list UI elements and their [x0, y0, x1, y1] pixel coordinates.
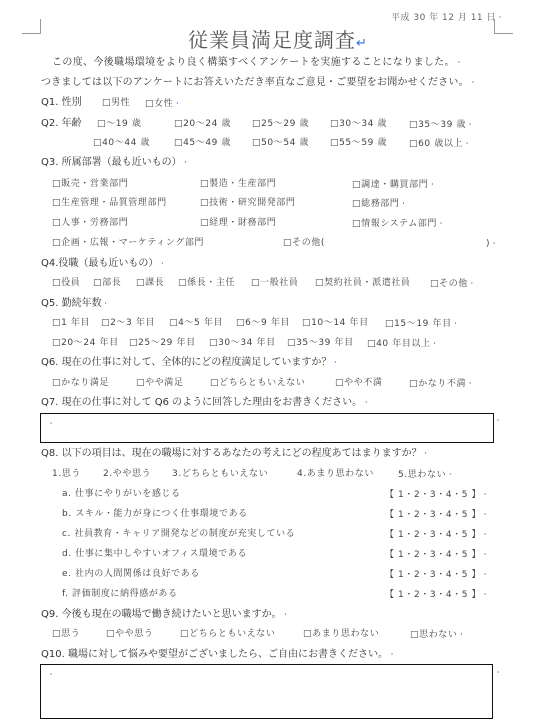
q5-option[interactable]: □25～29 年目 [129, 337, 196, 350]
q3-label: Q3. 所属部署（最も近いもの）˒ [41, 156, 187, 170]
q3-option[interactable]: □人事・労務部門 [52, 217, 128, 230]
q8-rating-c[interactable]: 【 1・2・3・4・5 】˒ [385, 528, 487, 542]
paragraph-mark-icon: ˒ [403, 199, 406, 208]
q6-option[interactable]: □どちらともいえない [210, 377, 306, 390]
paragraph-mark-icon: ˒ [434, 339, 437, 348]
q1-label: Q1. 性別 [41, 96, 82, 110]
q4-label: Q4.役職（最も近いもの）˒ [41, 257, 164, 271]
q4-option[interactable]: □係長・主任 [178, 277, 235, 290]
paragraph-mark-icon: ˒ [455, 319, 458, 328]
q6-option[interactable]: □やや満足 [136, 377, 184, 390]
q5-label: Q5. 勤続年数˒ [41, 297, 107, 311]
end-of-row-mark-icon: ˒ [497, 668, 499, 677]
q2-option[interactable]: □35～39 歳˒ [409, 118, 472, 132]
q8-scale-item: 1.思う [52, 468, 81, 481]
q2-option[interactable]: □60 歳以上˒ [409, 137, 469, 151]
paragraph-mark-icon: ˒ [185, 158, 187, 167]
q5-option[interactable]: □40 年目以上˒ [367, 337, 437, 351]
q3-option-other[interactable]: □その他( [283, 237, 325, 250]
paragraph-mark-icon: ˒ [285, 610, 287, 619]
q8-scale-item: 2.やや思う [103, 468, 151, 481]
paragraph-mark-icon: ˒ [484, 550, 487, 559]
q5-option[interactable]: □6～9 年目 [236, 317, 290, 330]
q3-option[interactable]: □企画・広報・マーケティング部門 [52, 237, 204, 250]
paragraph-mark-icon: ˒ [484, 510, 487, 519]
q9-option-text: □思わない [410, 630, 458, 640]
q9-option[interactable]: □あまり思わない [303, 628, 379, 641]
q9-label-text: Q9. 今後も現在の職場で働き続けたいと思いますか。 [41, 609, 282, 620]
q4-label-text: Q4.役職（最も近いもの） [41, 258, 158, 269]
paragraph-mark-icon: ˒ [161, 259, 163, 268]
q7-label: Q7. 現在の仕事に対して Q6 のように回答した理由をお書きください。˒ [41, 396, 368, 410]
q2-option-text: □60 歳以上 [409, 139, 463, 149]
q1-option-male[interactable]: □男性 [102, 97, 130, 110]
q3-option[interactable]: □生産管理・品質管理部門 [52, 197, 167, 210]
q8-rating-a[interactable]: 【 1・2・3・4・5 】˒ [385, 488, 487, 502]
q9-option[interactable]: □思う [52, 628, 80, 641]
rating-text: 【 1・2・3・4・5 】 [385, 530, 481, 540]
q4-option[interactable]: □部長 [93, 277, 121, 290]
q2-option[interactable]: □55～59 歳 [330, 137, 387, 150]
paragraph-mark-icon: ˒ [440, 219, 443, 228]
paragraph-mark-icon: ˒ [391, 650, 393, 659]
q3-option[interactable]: □販売・営業部門 [52, 178, 128, 191]
q5-option[interactable]: □10～14 年目 [302, 317, 369, 330]
intro-text-1: この度、今後職場環境をより良く構築すべくアンケートを実施することになりました。 [52, 57, 455, 68]
q8-item-b: b. スキル・能力が身につく仕事環境である [62, 508, 248, 521]
paragraph-mark-icon: ˒ [431, 180, 434, 189]
q3-option-text: □総務部門 [352, 199, 400, 209]
paragraph-mark-icon: ˒ [334, 358, 336, 367]
q8-scale-item: 5.思わない˒ [398, 468, 452, 482]
paragraph-mark-icon: ˒ [484, 490, 487, 499]
paragraph-mark-icon: ˒ [458, 58, 461, 67]
q9-option[interactable]: □どちらともいえない [180, 628, 276, 641]
paragraph-mark-icon: ˒ [469, 379, 472, 388]
rating-text: 【 1・2・3・4・5 】 [385, 510, 481, 520]
rating-text: 【 1・2・3・4・5 】 [385, 570, 481, 580]
paragraph-mark-icon: ˒ [105, 299, 107, 308]
q8-label-text: Q8. 以下の項目は、現在の職場に対するあなたの考えにどの程度あてはまりますか？ [41, 448, 422, 459]
return-arrow-icon: ↵ [356, 36, 368, 51]
q6-label: Q6. 現在の仕事に対して、全体的にどの程度満足していますか？˒ [41, 356, 337, 370]
q3-option-text: □調達・購買部門 [352, 180, 428, 190]
q5-option[interactable]: □35～39 年目 [287, 337, 354, 350]
q8-rating-d[interactable]: 【 1・2・3・4・5 】˒ [385, 548, 487, 562]
q2-option[interactable]: □45～49 歳 [174, 137, 231, 150]
intro-line-2: つきましては以下のアンケートにお答えいただき率直なご意見・ご要望をお聞かせくださ… [41, 76, 474, 90]
paragraph-mark-icon: ˒ [472, 78, 475, 87]
q5-option[interactable]: □4～5 年目 [169, 317, 223, 330]
q4-option[interactable]: □役員 [52, 277, 80, 290]
q8-scale-text: 5.思わない [398, 470, 446, 480]
paragraph-mark-icon: ˒ [461, 630, 464, 639]
paragraph-mark-icon: ˒ [484, 530, 487, 539]
q5-option[interactable]: □2～3 年目 [101, 317, 155, 330]
paragraph-mark-icon: ˒ [469, 120, 472, 129]
q2-option-text: □35～39 歳 [409, 120, 466, 130]
q3-option[interactable]: □総務部門˒ [352, 197, 406, 211]
q8-rating-e[interactable]: 【 1・2・3・4・5 】˒ [385, 568, 487, 582]
q6-option[interactable]: □かなり不満˒ [409, 377, 472, 391]
q8-label: Q8. 以下の項目は、現在の職場に対するあなたの考えにどの程度あてはまりますか？… [41, 447, 427, 461]
q2-option[interactable]: □30～34 歳 [330, 118, 387, 131]
q1-option-female[interactable]: □女性˒ [145, 97, 179, 111]
q2-option[interactable]: □20～24 歳 [174, 118, 231, 131]
end-of-row-mark-icon: ˒ [497, 416, 499, 425]
q8-item-c: c. 社員教育・キャリア開発などの制度が充実している [62, 528, 295, 541]
close-paren: ) [486, 239, 490, 249]
date-text: 平成 30 年 12 月 11 日 [391, 13, 496, 23]
q9-option[interactable]: □やや思う [106, 628, 154, 641]
q5-option[interactable]: □15～19 年目˒ [385, 317, 458, 331]
rating-text: 【 1・2・3・4・5 】 [385, 550, 481, 560]
q8-scale-item: 3.どちらともいえない [172, 468, 268, 481]
q2-option[interactable]: □50～54 歳 [252, 137, 309, 150]
q6-option[interactable]: □かなり満足 [52, 377, 109, 390]
cell-mark-icon: ˒ [50, 419, 52, 428]
q8-rating-f[interactable]: 【 1・2・3・4・5 】˒ [385, 588, 487, 602]
paragraph-mark-icon: ˒ [425, 449, 427, 458]
paragraph-mark-icon: ˒ [499, 13, 502, 22]
paragraph-mark-icon: ˒ [493, 239, 496, 248]
paragraph-mark-icon: ˒ [484, 570, 487, 579]
q5-option-text: □15～19 年目 [385, 319, 452, 329]
q4-option-text: □その他 [430, 279, 468, 289]
q4-option[interactable]: □契約社員・派遣社員 [315, 277, 411, 290]
q8-item-a: a. 仕事にやりがいを感じる [62, 488, 181, 501]
q4-option[interactable]: □一般社員 [251, 277, 299, 290]
q2-label: Q2. 年齢 [41, 117, 82, 131]
q10-answer-box[interactable]: ˒ [40, 664, 493, 719]
q2-option[interactable]: □25～29 歳 [252, 118, 309, 131]
paragraph-mark-icon: ˒ [471, 279, 474, 288]
title-text: 従業員満足度調査 [188, 28, 356, 52]
q9-option[interactable]: □思わない˒ [410, 628, 464, 642]
q1-option-female-text: □女性 [145, 99, 173, 109]
q3-option-text: □情報システム部門 [352, 219, 437, 229]
document-title: 従業員満足度調査↵ [188, 24, 368, 53]
q5-option[interactable]: □20～24 年目 [52, 337, 119, 350]
q8-item-e: e. 社内の人間関係は良好である [62, 568, 200, 581]
q6-label-text: Q6. 現在の仕事に対して、全体的にどの程度満足していますか？ [41, 357, 331, 368]
paragraph-mark-icon: ˒ [365, 398, 367, 407]
intro-text-2: つきましては以下のアンケートにお答えいただき率直なご意見・ご要望をお聞かせくださ… [41, 77, 469, 88]
q3-option[interactable]: □調達・購買部門˒ [352, 178, 434, 192]
paragraph-mark-icon: ˒ [466, 139, 469, 148]
q3-option[interactable]: □経理・財務部門 [200, 217, 276, 230]
q3-option[interactable]: □製造・生産部門 [200, 178, 276, 191]
q2-option[interactable]: □40～44 歳 [93, 137, 150, 150]
paragraph-mark-icon: ˒ [484, 590, 487, 599]
rating-text: 【 1・2・3・4・5 】 [385, 590, 481, 600]
q10-label: Q10. 職場に対して悩みや要望がございましたら、ご自由にお書きください。˒ [41, 648, 393, 662]
q6-option[interactable]: □やや不満 [335, 377, 383, 390]
q4-option[interactable]: □その他˒ [430, 277, 474, 291]
rating-text: 【 1・2・3・4・5 】 [385, 490, 481, 500]
q5-option-text: □40 年目以上 [367, 339, 431, 349]
q4-option[interactable]: □課長 [136, 277, 164, 290]
q2-option[interactable]: □～19 歳 [97, 118, 141, 131]
q5-label-text: Q5. 勤続年数 [41, 298, 102, 309]
q8-rating-b[interactable]: 【 1・2・3・4・5 】˒ [385, 508, 487, 522]
q10-label-text: Q10. 職場に対して悩みや要望がございましたら、ご自由にお書きください。 [41, 649, 388, 660]
cell-mark-icon: ˒ [50, 670, 52, 679]
q6-option-text: □かなり不満 [409, 379, 466, 389]
paragraph-mark-icon: ˒ [449, 470, 452, 479]
paragraph-mark-icon: ˒ [176, 99, 179, 108]
q3-other-close: )˒ [486, 237, 496, 251]
q8-item-d: d. 仕事に集中しやすいオフィス環境である [62, 548, 247, 561]
q8-item-f: f. 評価制度に納得感がある [62, 588, 178, 601]
q5-option[interactable]: □1 年目 [52, 317, 90, 330]
q3-option[interactable]: □技術・研究開発部門 [200, 197, 296, 210]
q3-label-text: Q3. 所属部署（最も近いもの） [41, 157, 182, 168]
q8-scale-item: 4.あまり思わない [297, 468, 374, 481]
q5-option[interactable]: □30～34 年目 [209, 337, 276, 350]
document-date: 平成 30 年 12 月 11 日˒ [391, 10, 502, 23]
crop-mark-top-left [22, 19, 41, 34]
intro-line-1: この度、今後職場環境をより良く構築すべくアンケートを実施することになりました。˒ [52, 56, 461, 70]
q7-answer-box[interactable]: ˒ [40, 413, 494, 443]
q9-label: Q9. 今後も現在の職場で働き続けたいと思いますか。˒ [41, 608, 287, 622]
q7-label-text: Q7. 現在の仕事に対して Q6 のように回答した理由をお書きください。 [41, 397, 362, 408]
q3-option[interactable]: □情報システム部門˒ [352, 217, 443, 231]
